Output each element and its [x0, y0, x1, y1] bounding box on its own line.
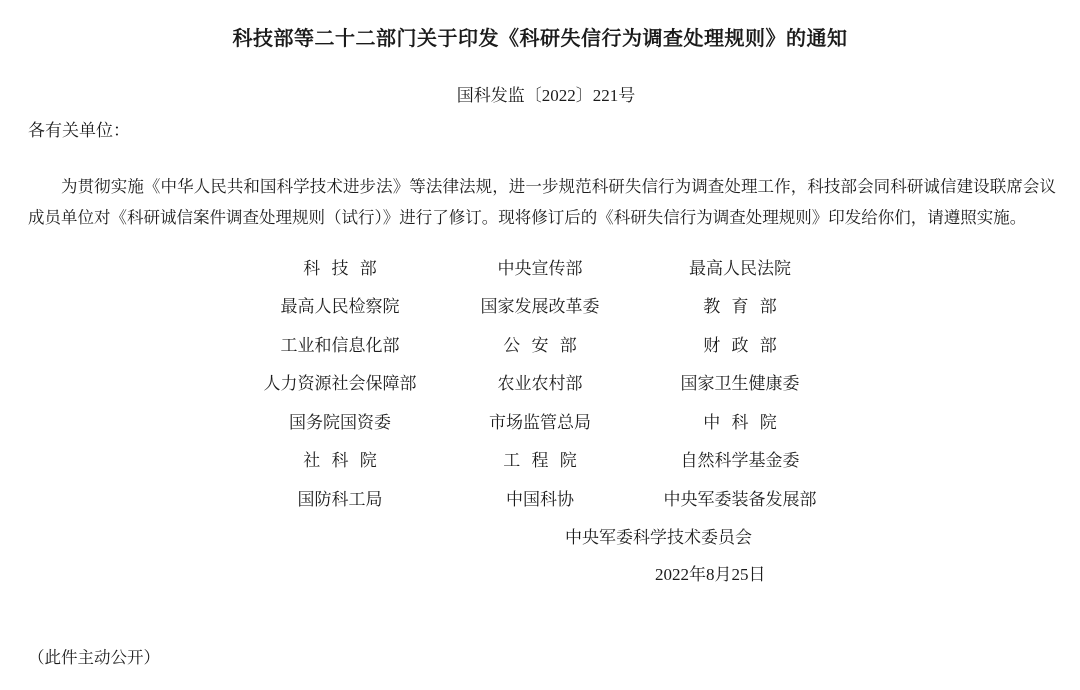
body-paragraph: 为贯彻实施《中华人民共和国科学技术进步法》等法律法规，进一步规范科研失信行为调查…	[28, 172, 1056, 233]
doc-title: 科技部等二十二部门关于印发《科研失信行为调查处理规则》的通知	[0, 27, 1080, 51]
signatory: 国务院国资委	[240, 401, 440, 440]
signatory: 中央军委装备发展部	[640, 478, 840, 517]
signatory: 工业和信息化部	[240, 324, 440, 363]
footer-note: （此件主动公开）	[28, 648, 160, 668]
signatory: 社 科 院	[240, 440, 440, 479]
salutation: 各有关单位：	[28, 121, 130, 141]
signatory: 工 程 院	[440, 440, 640, 479]
signatory: 最高人民检察院	[240, 286, 440, 325]
signatory: 科 技 部	[240, 247, 440, 286]
signatory: 教 育 部	[640, 286, 840, 325]
signatory: 国防科工局	[240, 478, 440, 517]
signatory: 公 安 部	[440, 324, 640, 363]
signatory: 自然科学基金委	[640, 440, 840, 479]
signatory: 人力资源社会保障部	[240, 363, 440, 402]
signatory: 最高人民法院	[640, 247, 840, 286]
signatory: 中央宣传部	[440, 247, 640, 286]
doc-date: 2022年8月25日	[655, 565, 766, 584]
signatory: 中 科 院	[640, 401, 840, 440]
signatory: 财 政 部	[640, 324, 840, 363]
signatory: 国家卫生健康委	[640, 363, 840, 402]
signatories-grid: 科 技 部 中央宣传部 最高人民法院 最高人民检察院 国家发展改革委 教 育 部…	[240, 247, 840, 517]
notice-document: 科技部等二十二部门关于印发《科研失信行为调查处理规则》的通知 国科发监〔2022…	[0, 0, 1080, 690]
signatory: 中国科协	[440, 478, 640, 517]
signatory: 农业农村部	[440, 363, 640, 402]
doc-number: 国科发监〔2022〕221号	[0, 85, 1080, 106]
signatory-military-science-committee: 中央军委科学技术委员会	[565, 528, 752, 547]
signatory: 市场监管总局	[440, 401, 640, 440]
signatory: 国家发展改革委	[440, 286, 640, 325]
